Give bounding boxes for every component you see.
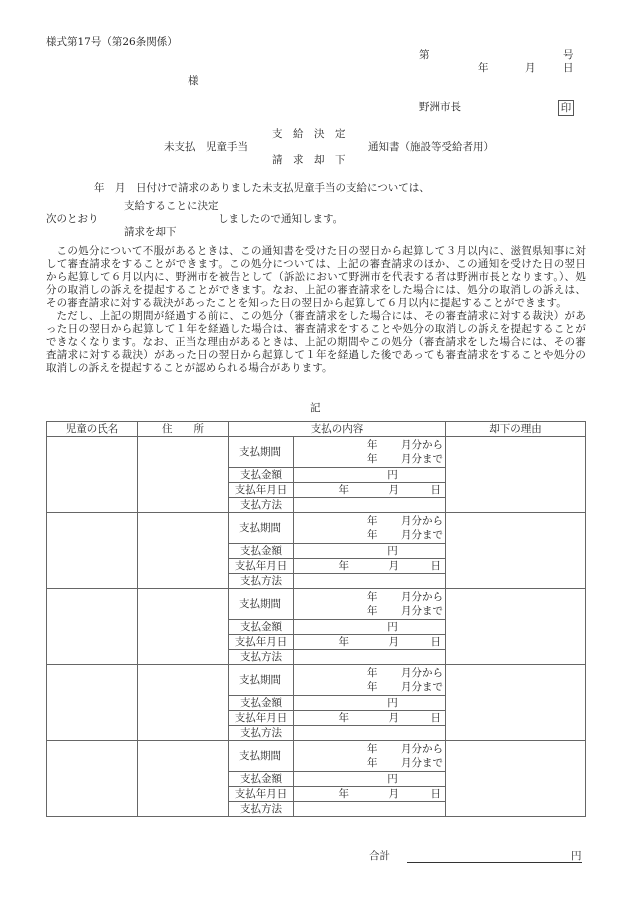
rejection-reason-cell[interactable] — [446, 589, 586, 665]
date-day-unit: 日 — [431, 713, 442, 724]
header-child-name: 児童の氏名 — [47, 422, 138, 437]
label-payment-amount: 支払金額 — [229, 620, 294, 635]
payment-method-cell[interactable] — [294, 650, 446, 665]
total-unit: 円 — [571, 851, 582, 862]
amount-unit: 円 — [387, 697, 398, 709]
label-payment-method: 支払方法 — [229, 498, 294, 513]
form-number: 様式第17号（第26条関係） — [46, 37, 178, 48]
instruction-paragraph: この処分について不服があるときは、この通知書を受けた日の翌日から起算して３月以内… — [46, 245, 586, 310]
payment-amount-cell[interactable]: 円 — [294, 696, 446, 711]
title-prefix: 未支払 児童手当 — [164, 142, 248, 153]
label-payment-method: 支払方法 — [229, 574, 294, 589]
payment-date-cell[interactable]: 年月日 — [294, 711, 446, 726]
table-row: 支払期間 年月分から 年月分まで — [47, 437, 586, 468]
payment-method-cell[interactable] — [294, 574, 446, 589]
issuer: 野洲市長 — [419, 102, 461, 113]
header-payment-details: 支払の内容 — [229, 422, 446, 437]
label-payment-method: 支払方法 — [229, 650, 294, 665]
period-from-month: 月分から — [401, 591, 443, 603]
payment-amount-cell[interactable]: 円 — [294, 544, 446, 559]
header-rejection-reason: 却下の理由 — [446, 422, 586, 437]
child-name-cell[interactable] — [47, 665, 138, 741]
date-month-unit: 月 — [389, 561, 431, 572]
address-cell[interactable] — [138, 589, 229, 665]
date-year-unit: 年 — [339, 713, 389, 724]
table-header-row: 児童の氏名 住 所 支払の内容 却下の理由 — [47, 422, 586, 437]
date-month-unit: 月 — [389, 789, 431, 800]
payment-date-cell[interactable]: 年月日 — [294, 635, 446, 650]
date-month-unit: 月 — [389, 713, 431, 724]
label-payment-date: 支払年月日 — [229, 559, 294, 574]
label-payment-amount: 支払金額 — [229, 696, 294, 711]
label-payment-period: 支払期間 — [229, 513, 294, 544]
payment-period-cell[interactable]: 年月分から 年月分まで — [294, 513, 446, 544]
period-to-year: 年 — [367, 756, 401, 770]
period-to-month: 月分まで — [401, 605, 443, 617]
payment-period-cell[interactable]: 年月分から 年月分まで — [294, 665, 446, 696]
period-to-month: 月分まで — [401, 529, 443, 541]
date-day-unit: 日 — [431, 789, 442, 800]
rejection-reason-cell[interactable] — [446, 513, 586, 589]
period-from-month: 月分から — [401, 743, 443, 755]
payment-amount-cell[interactable]: 円 — [294, 772, 446, 787]
date-day-unit: 日 — [431, 561, 442, 572]
date-month-unit: 月 — [389, 485, 431, 496]
payment-date-cell[interactable]: 年月日 — [294, 483, 446, 498]
date-year: 年 — [478, 63, 489, 74]
period-from-month: 月分から — [401, 667, 443, 679]
date-year-unit: 年 — [339, 561, 389, 572]
notice-line: 年 月 日付けで請求のありました未支払児童手当の支給については、 — [94, 183, 430, 194]
payment-amount-cell[interactable]: 円 — [294, 620, 446, 635]
period-from-year: 年 — [367, 666, 401, 680]
period-to-year: 年 — [367, 452, 401, 466]
notice-lead: 次のとおり — [46, 214, 99, 225]
payment-period-cell[interactable]: 年月分から 年月分まで — [294, 589, 446, 620]
notice-option-approve: 支給することに決定 — [124, 201, 219, 212]
title-suffix: 通知書（施設等受給者用） — [368, 142, 494, 153]
amount-unit: 円 — [387, 545, 398, 557]
ki-heading: 記 — [310, 403, 321, 414]
date-day-unit: 日 — [431, 637, 442, 648]
label-payment-method: 支払方法 — [229, 726, 294, 741]
label-payment-method: 支払方法 — [229, 802, 294, 817]
amount-unit: 円 — [387, 773, 398, 785]
rejection-reason-cell[interactable] — [446, 437, 586, 513]
table-row: 支払期間 年月分から 年月分まで — [47, 513, 586, 544]
label-payment-period: 支払期間 — [229, 437, 294, 468]
document-number-suffix: 号 — [563, 50, 574, 61]
amount-unit: 円 — [387, 621, 398, 633]
payment-method-cell[interactable] — [294, 498, 446, 513]
period-from-month: 月分から — [401, 515, 443, 527]
address-cell[interactable] — [138, 513, 229, 589]
rejection-reason-cell[interactable] — [446, 665, 586, 741]
payment-amount-cell[interactable]: 円 — [294, 468, 446, 483]
child-name-cell[interactable] — [47, 741, 138, 817]
total-amount-field[interactable] — [407, 862, 582, 863]
label-payment-amount: 支払金額 — [229, 772, 294, 787]
title-option-reject: 請 求 却 下 — [272, 155, 346, 166]
date-year-unit: 年 — [339, 637, 389, 648]
payment-method-cell[interactable] — [294, 802, 446, 817]
notice-tail: しましたので通知します。 — [218, 214, 343, 225]
child-name-cell[interactable] — [47, 437, 138, 513]
label-payment-period: 支払期間 — [229, 741, 294, 772]
address-cell[interactable] — [138, 437, 229, 513]
header-address: 住 所 — [138, 422, 229, 437]
payment-period-cell[interactable]: 年月分から 年月分まで — [294, 437, 446, 468]
notice-option-reject: 請求を却下 — [124, 227, 177, 238]
period-to-month: 月分まで — [401, 681, 443, 693]
period-from-year: 年 — [367, 514, 401, 528]
period-to-month: 月分まで — [401, 453, 443, 465]
appeal-instructions: この処分について不服があるときは、この通知書を受けた日の翌日から起算して３月以内… — [46, 245, 586, 375]
label-payment-period: 支払期間 — [229, 665, 294, 696]
period-from-year: 年 — [367, 742, 401, 756]
label-payment-date: 支払年月日 — [229, 711, 294, 726]
label-payment-date: 支払年月日 — [229, 787, 294, 802]
period-to-year: 年 — [367, 528, 401, 542]
period-from-year: 年 — [367, 590, 401, 604]
date-day: 日 — [563, 63, 574, 74]
document-number-prefix: 第 — [419, 50, 430, 61]
period-from-month: 月分から — [401, 439, 443, 451]
date-month-unit: 月 — [389, 637, 431, 648]
total-label: 合計 — [369, 851, 390, 862]
payment-period-cell[interactable]: 年月分から 年月分まで — [294, 741, 446, 772]
table-row: 支払期間 年月分から 年月分まで — [47, 741, 586, 772]
recipient-suffix: 様 — [188, 76, 199, 87]
period-to-year: 年 — [367, 680, 401, 694]
label-payment-period: 支払期間 — [229, 589, 294, 620]
table-row: 支払期間 年月分から 年月分まで — [47, 665, 586, 696]
date-day-unit: 日 — [431, 485, 442, 496]
payment-date-cell[interactable]: 年月日 — [294, 787, 446, 802]
period-to-month: 月分まで — [401, 757, 443, 769]
seal-stamp-box: 印 — [558, 100, 574, 116]
rejection-reason-cell[interactable] — [446, 741, 586, 817]
label-payment-amount: 支払金額 — [229, 544, 294, 559]
period-to-year: 年 — [367, 604, 401, 618]
payment-method-cell[interactable] — [294, 726, 446, 741]
address-cell[interactable] — [138, 741, 229, 817]
label-payment-amount: 支払金額 — [229, 468, 294, 483]
label-payment-date: 支払年月日 — [229, 483, 294, 498]
date-year-unit: 年 — [339, 789, 389, 800]
date-month: 月 — [525, 63, 536, 74]
payment-table: 児童の氏名 住 所 支払の内容 却下の理由 支払期間 年月分から 年月分まで 支… — [46, 421, 586, 817]
label-payment-date: 支払年月日 — [229, 635, 294, 650]
amount-unit: 円 — [387, 469, 398, 481]
child-name-cell[interactable] — [47, 589, 138, 665]
address-cell[interactable] — [138, 665, 229, 741]
payment-date-cell[interactable]: 年月日 — [294, 559, 446, 574]
period-from-year: 年 — [367, 438, 401, 452]
date-year-unit: 年 — [339, 485, 389, 496]
table-row: 支払期間 年月分から 年月分まで — [47, 589, 586, 620]
child-name-cell[interactable] — [47, 513, 138, 589]
title-option-approve: 支 給 決 定 — [272, 129, 346, 140]
instruction-paragraph: ただし、上記の期間が経過する前に、この処分（審査請求をした場合には、その審査請求… — [46, 310, 586, 375]
